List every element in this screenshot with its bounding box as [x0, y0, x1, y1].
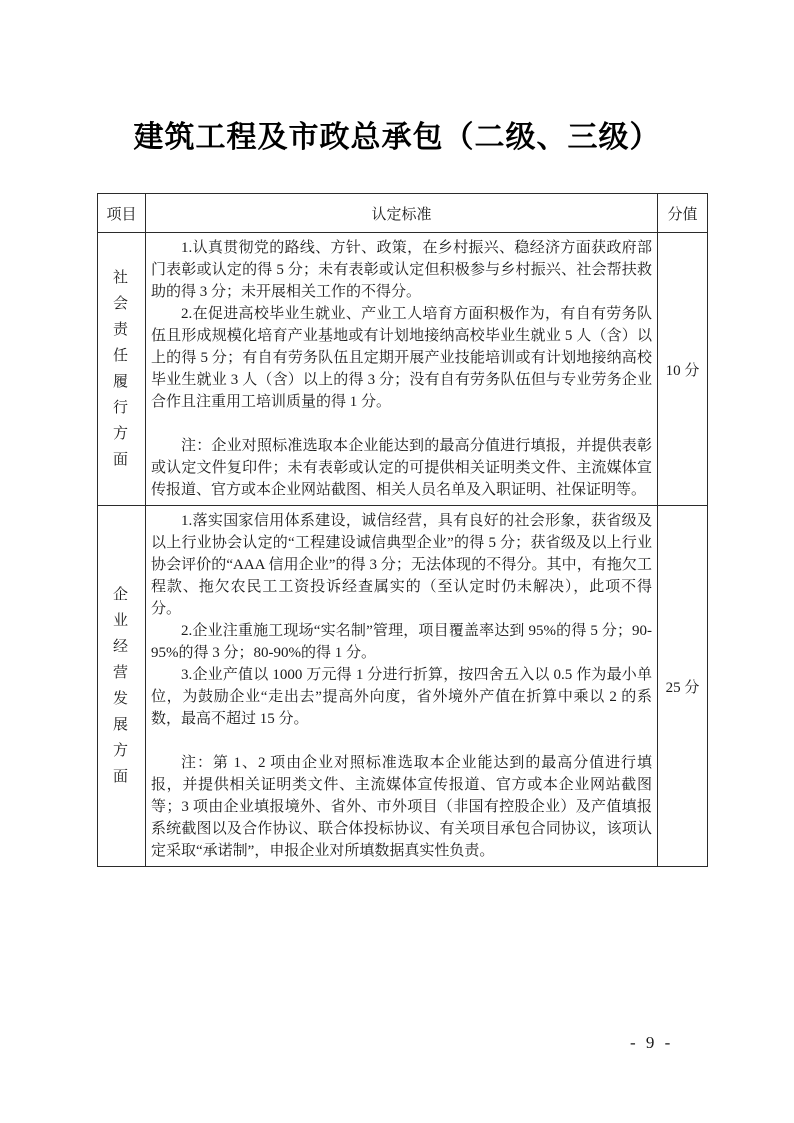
- criteria-note: 注：企业对照标准选取本企业能达到的最高分值进行填报，并提供表彰或认定文件复印件；…: [151, 435, 652, 501]
- score-value: 25 分: [658, 506, 708, 867]
- criteria-table: 项目 认定标准 分值 社会责任履行方面 1.认真贯彻党的路线、方针、政策，在乡村…: [97, 193, 708, 867]
- criteria-paragraph: 3.企业产值以 1000 万元得 1 分进行折算，按四舍五入以 0.5 作为最小…: [151, 664, 652, 730]
- table-row: 社会责任履行方面 1.认真贯彻党的路线、方针、政策，在乡村振兴、稳经济方面获政府…: [98, 233, 708, 506]
- category-business-development: 企业经营发展方面: [98, 506, 146, 867]
- page-number: - 9 -: [630, 1033, 673, 1053]
- category-social-responsibility: 社会责任履行方面: [98, 233, 146, 506]
- page-title: 建筑工程及市政总承包（二级、三级）: [0, 112, 794, 156]
- criteria-cell: 1.落实国家信用体系建设，诚信经营，具有良好的社会形象，获省级及以上行业协会认定…: [146, 506, 658, 867]
- criteria-paragraph: 1.落实国家信用体系建设，诚信经营，具有良好的社会形象，获省级及以上行业协会认定…: [151, 510, 652, 620]
- criteria-cell: 1.认真贯彻党的路线、方针、政策，在乡村振兴、稳经济方面获政府部门表彰或认定的得…: [146, 233, 658, 506]
- score-value: 10 分: [658, 233, 708, 506]
- table-row: 企业经营发展方面 1.落实国家信用体系建设，诚信经营，具有良好的社会形象，获省级…: [98, 506, 708, 867]
- criteria-paragraph: 2.在促进高校毕业生就业、产业工人培育方面积极作为，有自有劳务队伍且形成规模化培…: [151, 303, 652, 413]
- table-header-row: 项目 认定标准 分值: [98, 194, 708, 233]
- column-header-project: 项目: [98, 194, 146, 233]
- criteria-note: 注：第 1、2 项由企业对照标准选取本企业能达到的最高分值进行填报，并提供相关证…: [151, 752, 652, 862]
- criteria-paragraph: 2.企业注重施工现场“实名制”管理，项目覆盖率达到 95%的得 5 分；90-9…: [151, 620, 652, 664]
- column-header-score: 分值: [658, 194, 708, 233]
- criteria-paragraph: 1.认真贯彻党的路线、方针、政策，在乡村振兴、稳经济方面获政府部门表彰或认定的得…: [151, 237, 652, 303]
- column-header-criteria: 认定标准: [146, 194, 658, 233]
